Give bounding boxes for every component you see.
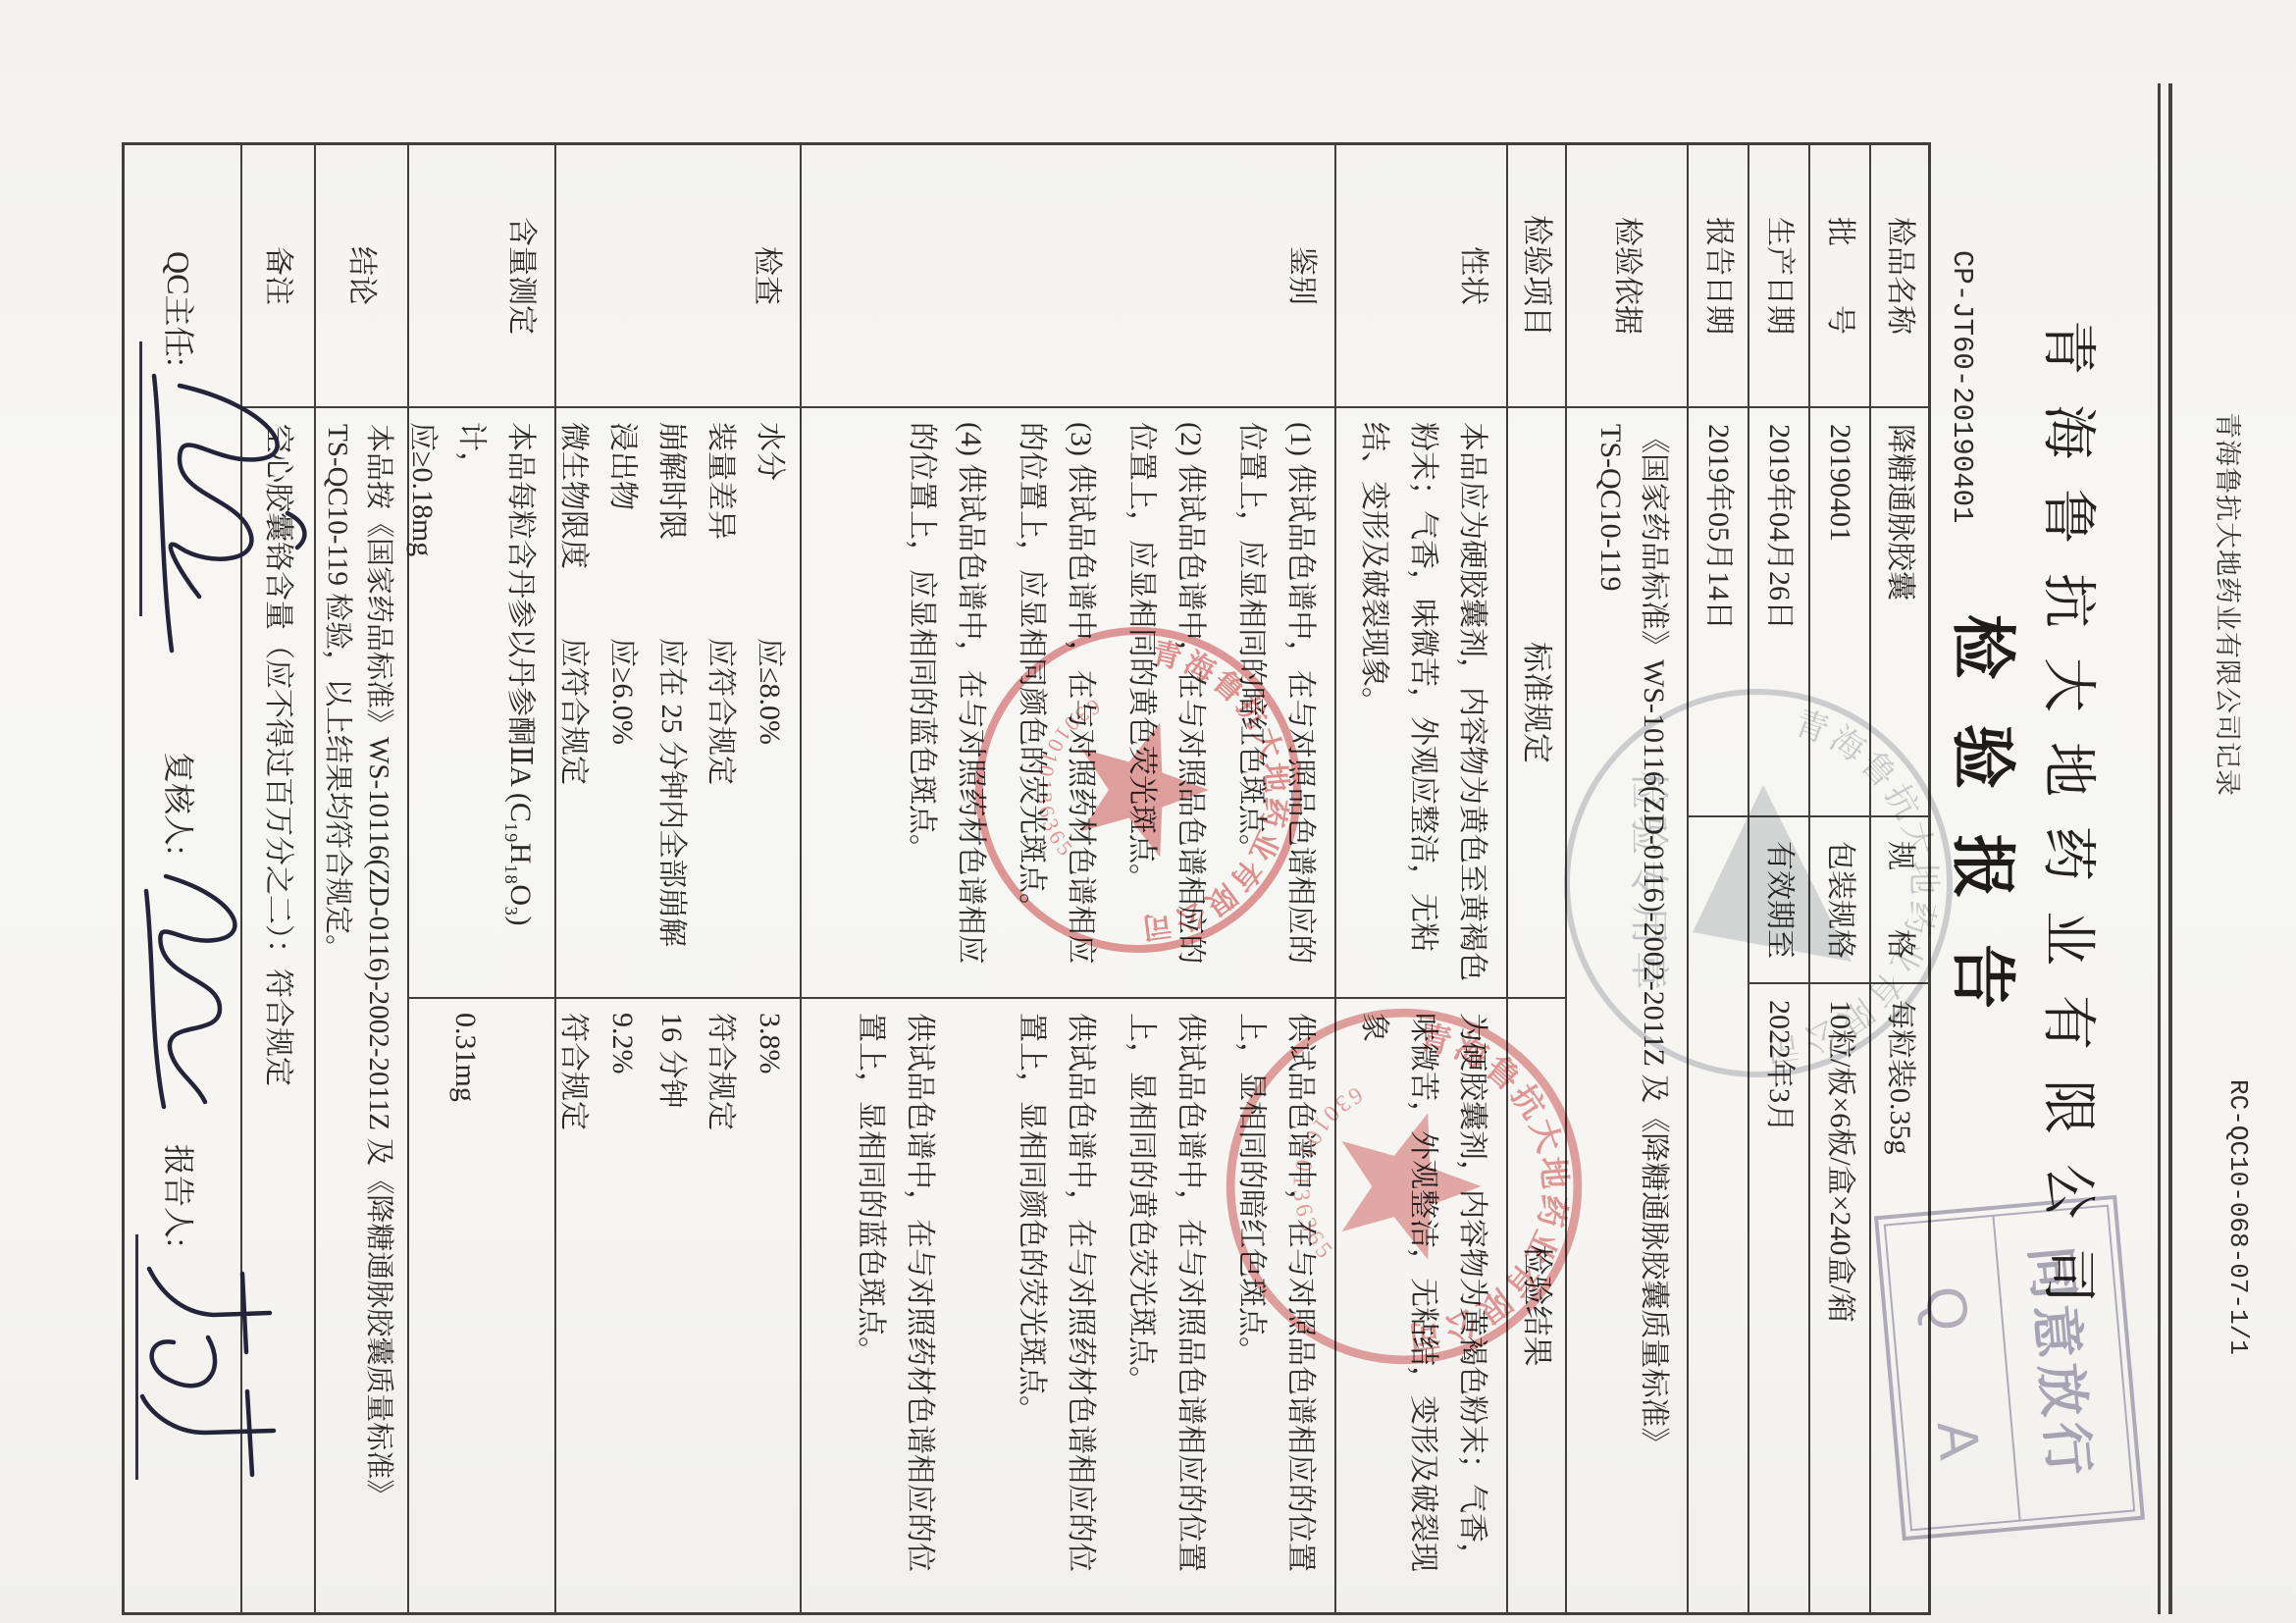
identification-standard-3: (3) 供试品色谱中，在与对照药材色谱相应的位置上，应显相同颜色的荧光斑点。 <box>1007 422 1105 983</box>
identification-standard-1: (1) 供试品色谱中，在与对照品色谱相应的位置上，应显相同的暗红色斑点。 <box>1226 422 1325 983</box>
reviewer-label: 复核人: <box>158 752 203 855</box>
row-sample-name: 检品名称 降糖通脉胶囊 规 格 每粒装0.35g <box>1869 145 1928 1612</box>
report-title: 检验报告 <box>1942 0 2035 1623</box>
report-table: 检品名称 降糖通脉胶囊 规 格 每粒装0.35g 批 号 20190401 包装… <box>122 142 1931 1615</box>
assay-standard: 本品每粒含丹参以丹参酮ⅡA (C₁₉H₁₈O₃) 计， 应≥0.18mg <box>409 408 554 999</box>
identification-result-4: 供试品色谱中，在与对照药材色谱相应的位置上，显相同的蓝色斑点。 <box>846 1013 944 1598</box>
inspection-item: 崩解时限 应在 25 分钟内全部崩解 <box>647 422 696 983</box>
col-header-standard: 标准规定 <box>1508 408 1565 999</box>
assay-label: 含量测定 <box>409 145 554 408</box>
col-header-result: 检验结果 <box>1508 999 1565 1612</box>
row-column-headers: 检验项目 标准规定 检验结果 <box>1506 145 1565 1612</box>
assay-result-value: 0.31mg <box>441 1013 490 1598</box>
spec-value: 每粒装0.35g <box>1871 984 1928 1612</box>
sample-name-value: 降糖通脉胶囊 <box>1871 408 1928 817</box>
spec-label: 规 格 <box>1871 817 1928 984</box>
pack-spec-value: 10粒/板×6板/盒×240盒/箱 <box>1810 984 1869 1612</box>
scanned-report-page: 青海鲁抗大地药业有限公司记录 RC-QC10-068-07-1/1 青海鲁抗大地… <box>0 0 2296 1623</box>
report-date-label: 报告日期 <box>1689 145 1748 408</box>
character-standard-text: 本品应为硬胶囊剂，内容物为黄色至黄褐色粉末；气香，味微苦，外观应整洁，无粘结、变… <box>1349 422 1496 983</box>
inspection-item-standard: 应≥6.0% <box>600 638 644 745</box>
inspection-report-document: 青海鲁抗大地药业有限公司记录 RC-QC10-068-07-1/1 青海鲁抗大地… <box>0 0 2296 1623</box>
inspection-item-standard: 应在 25 分钟内全部崩解 <box>650 638 693 947</box>
row-identification: 鉴别 (1) 供试品色谱中，在与对照品色谱相应的位置上，应显相同的暗红色斑点。 … <box>800 145 1334 1612</box>
reporter-signature <box>125 1244 282 1490</box>
inspection-item-result: 3.8% <box>745 1013 794 1598</box>
batch-value: 20190401 <box>1810 408 1869 817</box>
mfg-date-value: 2019年04月26日 <box>1749 408 1808 817</box>
inspection-item-name: 浸出物 <box>600 422 644 638</box>
row-conclusion: 结论 本品按《国家药品标准》WS-10116(ZD-0116)-2002-201… <box>314 145 407 1612</box>
document-number: CP-JT60-20190401 <box>1946 250 1978 523</box>
qc-director-label: QC主任: <box>158 251 203 366</box>
conclusion-text: 本品按《国家药品标准》WS-10116(ZD-0116)-2002-2011Z … <box>316 408 407 1612</box>
row-basis: 检验依据 《国家药品标准》WS-10116(ZD-0116)-2002-2011… <box>1565 145 1687 1612</box>
reporter-label: 报告人: <box>158 1144 203 1247</box>
inspection-item-standard: 应符合规定 <box>551 638 595 785</box>
basis-line2: TS-QC10-119 <box>1590 424 1633 1597</box>
identification-label: 鉴别 <box>802 145 1334 408</box>
basis-value: 《国家药品标准》WS-10116(ZD-0116)-2002-2011Z 及《降… <box>1567 408 1687 1612</box>
inspection-item: 浸出物 应≥6.0% <box>598 422 647 983</box>
row-signatures: QC主任: 复核人: 报告人: <box>125 145 240 1612</box>
inspection-label: 检查 <box>556 145 800 408</box>
reviewer-signature <box>127 862 274 1117</box>
inspection-item-result: 16 分钟 <box>647 1013 696 1598</box>
company-title: 青海鲁抗大地药业有限公司 <box>2033 0 2112 1623</box>
row-report-date: 报告日期 2019年05月14日 <box>1687 145 1748 1612</box>
inspection-item: 微生物限度 应符合规定 <box>548 422 598 983</box>
inspection-item-name: 装量差异 <box>699 422 742 638</box>
mfg-date-label: 生产日期 <box>1749 145 1808 408</box>
inspection-item: 装量差异 应符合规定 <box>696 422 745 983</box>
inspection-item-standard: 应符合规定 <box>699 638 742 785</box>
identification-standard-4: (4) 供试品色谱中，在与对照药材色谱相应的位置上，应显相同的蓝色斑点。 <box>897 422 995 983</box>
row-batch: 批 号 20190401 包装规格 10粒/板×6板/盒×240盒/箱 <box>1808 145 1869 1612</box>
identification-result-2: 供试品色谱中，在与对照品色谱相应的位置上，显相同的黄色荧光斑点。 <box>1117 1013 1215 1598</box>
qc-signature-line <box>139 341 142 616</box>
expiry-label: 有效期至 <box>1749 817 1808 984</box>
inspection-standard: 水分 应≤8.0% 装量差异 应符合规定 崩解时限 应在 25 分钟内全部崩解 … <box>556 408 800 999</box>
conclusion-label: 结论 <box>316 145 407 408</box>
inspection-item-result: 9.2% <box>598 1013 647 1598</box>
batch-label: 批 号 <box>1810 145 1869 408</box>
expiry-value: 2022年3月 <box>1749 984 1808 1612</box>
record-code: RC-QC10-068-07-1/1 <box>2223 1079 2253 1355</box>
basis-line1: 《国家药品标准》WS-10116(ZD-0116)-2002-2011Z 及《降… <box>1633 424 1676 1597</box>
pack-spec-label: 包装规格 <box>1810 817 1869 984</box>
identification-result-3: 供试品色谱中，在与对照药材色谱相应的位置上，显相同颜色的荧光斑点。 <box>1007 1013 1105 1598</box>
report-date-value: 2019年05月14日 <box>1689 408 1748 817</box>
inspection-item-result: 符合规定 <box>548 1013 598 1598</box>
character-label: 性状 <box>1336 145 1506 408</box>
assay-standard-line1: 本品每粒含丹参以丹参酮ⅡA (C₁₉H₁₈O₃) 计， <box>446 422 545 983</box>
character-standard: 本品应为硬胶囊剂，内容物为黄色至黄褐色粉末；气香，味微苦，外观应整洁，无粘结、变… <box>1336 408 1506 999</box>
inspection-result: 3.8% 符合规定 16 分钟 9.2% 符合规定 <box>556 999 800 1612</box>
row-character: 性状 本品应为硬胶囊剂，内容物为黄色至黄褐色粉末；气香，味微苦，外观应整洁，无粘… <box>1334 145 1506 1612</box>
header-rule <box>2158 83 2172 1614</box>
row-assay: 含量测定 本品每粒含丹参以丹参酮ⅡA (C₁₉H₁₈O₃) 计， 应≥0.18m… <box>407 145 554 1612</box>
company-record-header: 青海鲁抗大地药业有限公司记录 <box>2211 412 2249 797</box>
conclusion-line1: 本品按《国家药品标准》WS-10116(ZD-0116)-2002-2011Z … <box>358 424 399 1597</box>
identification-result-1: 供试品色谱中，在与对照品色谱相应的位置上，显相同的暗红色斑点。 <box>1226 1013 1325 1598</box>
inspection-item-result: 符合规定 <box>696 1013 745 1598</box>
reporter-signature-line <box>135 1234 138 1480</box>
report-date-empty-cell <box>1689 817 1748 1612</box>
inspection-item-name: 水分 <box>748 422 791 638</box>
row-inspection: 检查 水分 应≤8.0% 装量差异 应符合规定 崩解时限 应在 25 分钟内全部… <box>554 145 800 1612</box>
identification-standard-2: (2) 供试品色谱中，在与对照品色谱相应的位置上，应显相同的黄色荧光斑点。 <box>1117 422 1215 983</box>
assay-result: 0.31mg <box>409 999 554 1612</box>
inspection-item-name: 微生物限度 <box>551 422 595 638</box>
col-header-item: 检验项目 <box>1508 145 1565 408</box>
identification-result: 供试品色谱中，在与对照品色谱相应的位置上，显相同的暗红色斑点。 供试品色谱中，在… <box>802 999 1334 1612</box>
identification-standard: (1) 供试品色谱中，在与对照品色谱相应的位置上，应显相同的暗红色斑点。 (2)… <box>802 408 1334 999</box>
sample-name-label: 检品名称 <box>1871 145 1928 408</box>
character-result: 为硬胶囊剂，内容物为黄褐色粉末；气香，味微苦，外观整洁，无粘结，变形及破裂现象 <box>1336 999 1506 1612</box>
inspection-item: 水分 应≤8.0% <box>745 422 794 983</box>
row-mfg-date: 生产日期 2019年04月26日 有效期至 2022年3月 <box>1748 145 1808 1612</box>
inspection-item-name: 崩解时限 <box>650 422 693 638</box>
inspection-item-standard: 应≤8.0% <box>748 638 791 745</box>
character-result-text: 为硬胶囊剂，内容物为黄褐色粉末；气香，味微苦，外观整洁，无粘结，变形及破裂现象 <box>1349 1013 1496 1598</box>
qc-director-signature <box>121 366 327 660</box>
basis-label: 检验依据 <box>1567 145 1687 408</box>
